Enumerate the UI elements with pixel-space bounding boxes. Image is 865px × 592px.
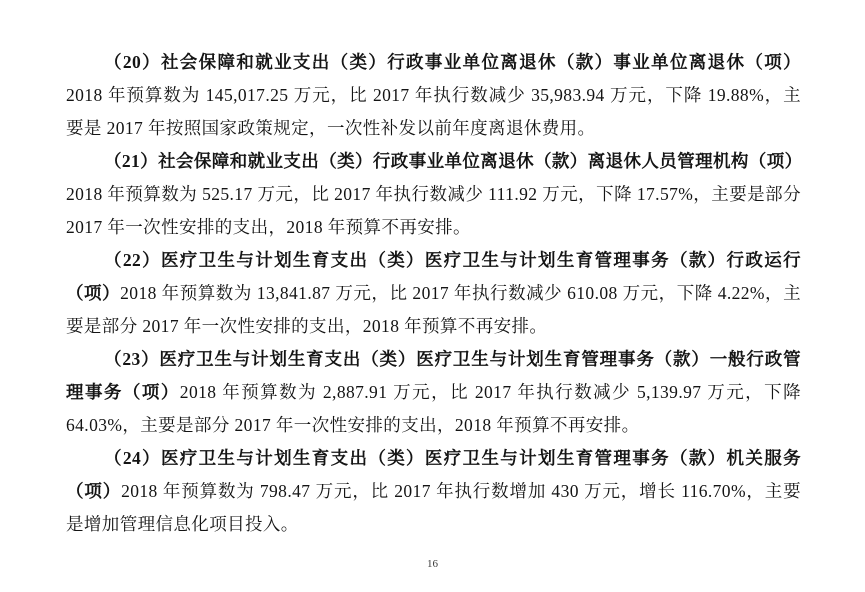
paragraph-21-body: 2018 年预算数为 525.17 万元，比 2017 年执行数减少 111.9…: [66, 184, 801, 237]
document-page: （20）社会保障和就业支出（类）行政事业单位离退休（款）事业单位离退休（项）20…: [0, 0, 865, 592]
budget-paragraph-22: （22）医疗卫生与计划生育支出（类）医疗卫生与计划生育管理事务（款）行政运行（项…: [66, 244, 801, 343]
budget-paragraph-24: （24）医疗卫生与计划生育支出（类）医疗卫生与计划生育管理事务（款）机关服务（项…: [66, 442, 801, 541]
document-content: （20）社会保障和就业支出（类）行政事业单位离退休（款）事业单位离退休（项）20…: [0, 0, 865, 541]
paragraph-20-body: 2018 年预算数为 145,017.25 万元，比 2017 年执行数减少 3…: [66, 85, 801, 138]
budget-paragraph-21: （21）社会保障和就业支出（类）行政事业单位离退休（款）离退休人员管理机构（项）…: [66, 145, 801, 244]
paragraph-24-body: 2018 年预算数为 798.47 万元，比 2017 年执行数增加 430 万…: [66, 481, 801, 534]
page-number: 16: [0, 558, 865, 570]
paragraph-22-body: 2018 年预算数为 13,841.87 万元，比 2017 年执行数减少 61…: [66, 283, 801, 336]
paragraph-21-heading: （21）社会保障和就业支出（类）行政事业单位离退休（款）离退休人员管理机构（项）: [104, 151, 803, 171]
paragraph-20-heading: （20）社会保障和就业支出（类）行政事业单位离退休（款）事业单位离退休（项）: [104, 52, 801, 72]
budget-paragraph-23: （23）医疗卫生与计划生育支出（类）医疗卫生与计划生育管理事务（款）一般行政管理…: [66, 343, 801, 442]
budget-paragraph-20: （20）社会保障和就业支出（类）行政事业单位离退休（款）事业单位离退休（项）20…: [66, 46, 801, 145]
